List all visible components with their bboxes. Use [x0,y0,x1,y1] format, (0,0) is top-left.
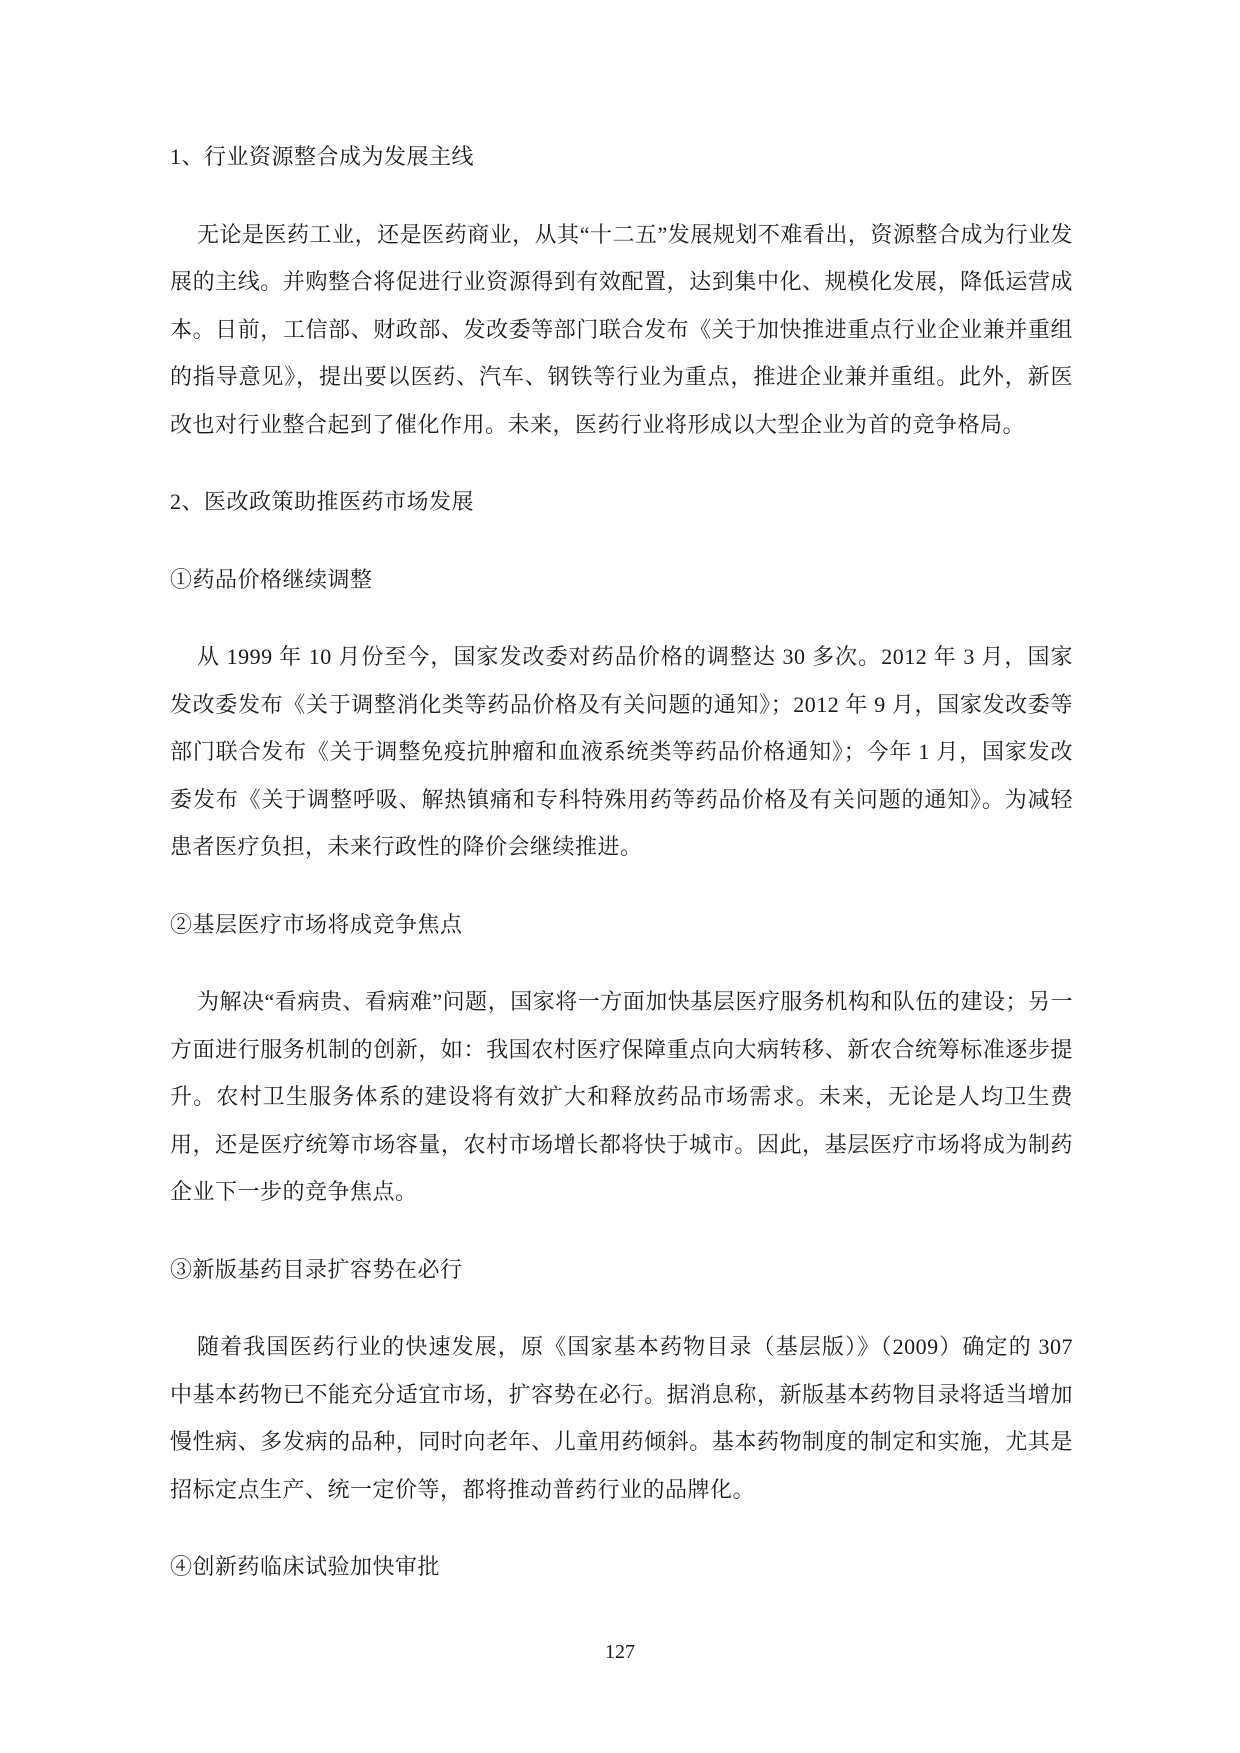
section-heading-industry-consolidation: 1、行业资源整合成为发展主线 [170,133,1073,181]
sub-heading-essential-drug-list-expansion: ③新版基药目录扩容势在必行 [170,1246,1073,1294]
paragraph-grassroots-medical-market: 为解决“看病贵、看病难”问题，国家将一方面加快基层医疗服务机构和队伍的建设；另一… [170,978,1073,1216]
sub-heading-innovative-drug-trial-approval: ④创新药临床试验加快审批 [170,1543,1073,1591]
sub-heading-grassroots-medical-market: ②基层医疗市场将成竞争焦点 [170,901,1073,949]
sub-heading-drug-price-adjustment: ①药品价格继续调整 [170,556,1073,604]
document-page: 1、行业资源整合成为发展主线 无论是医药工业，还是医药商业，从其“十二五”发展规… [0,0,1240,1753]
paragraph-industry-consolidation: 无论是医药工业，还是医药商业，从其“十二五”发展规划不难看出，资源整合成为行业发… [170,211,1073,449]
paragraph-essential-drug-list-expansion: 随着我国医药行业的快速发展，原《国家基本药物目录（基层版）》（2009）确定的 … [170,1323,1073,1513]
paragraph-drug-price-adjustment: 从 1999 年 10 月份至今，国家发改委对药品价格的调整达 30 多次。20… [170,633,1073,871]
page-number: 127 [0,1638,1240,1666]
section-heading-healthcare-reform: 2、医改政策助推医药市场发展 [170,478,1073,526]
